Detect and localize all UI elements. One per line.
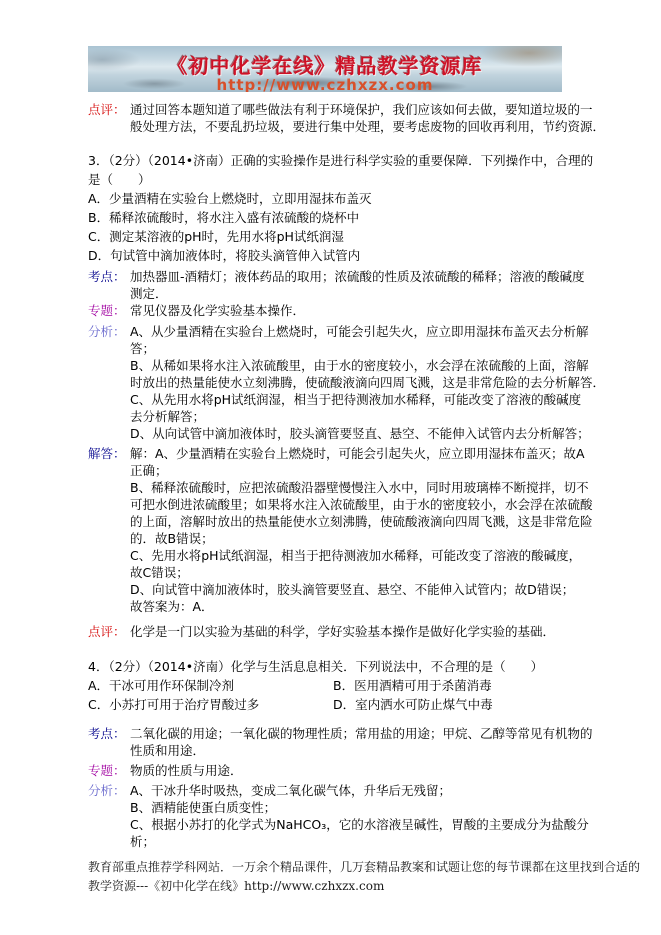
- comment-line: 般处理方法，不要乱扔垃圾，要进行集中处理，要考虑废物的回收再利用，节约资源．: [130, 118, 588, 135]
- question-3: 3．（2分）（2014•济南）正确的实验操作是进行科学实验的重要保障．下列操作中…: [88, 151, 588, 265]
- analysis-line: 答；: [130, 340, 588, 357]
- answer-line: D、向试管中滴加液体时，胶头滴管要竖直、悬空、不能伸入试管内；故D错误；: [130, 581, 588, 598]
- answer-label: 解答：: [88, 445, 130, 615]
- analysis-line: D、从向试管中滴加液体时，胶头滴管要竖直、悬空、不能伸入试管内去分析解答；: [130, 425, 588, 442]
- analysis-label: 分析：: [88, 782, 130, 850]
- site-banner-image: 《初中化学在线》精品教学资源库 http://www.czhxzx.com: [88, 46, 562, 92]
- footer-promo: 教育部重点推荐学科网站．一万余个精品课件，几万套精品教案和试题让您的每节课都在这…: [88, 858, 588, 896]
- analysis-label: 分析：: [88, 323, 130, 442]
- analysis-line: 析；: [130, 833, 588, 850]
- analysis-text: A、从少量酒精在实验台上燃烧时，可能会引起失火，应立即用湿抹布盖灭去分析解 答；…: [130, 323, 588, 442]
- q3-analysis-row: 分析： A、从少量酒精在实验台上燃烧时，可能会引起失火，应立即用湿抹布盖灭去分析…: [88, 323, 588, 442]
- q3-answer-row: 解答： 解：A、少量酒精在实验台上燃烧时，可能会引起失火，应立即用湿抹布盖灭；故…: [88, 445, 588, 615]
- banner-site-url: http://www.czhxzx.com: [88, 76, 562, 92]
- topic-text: 物质的性质与用途．: [130, 762, 588, 779]
- q4-options-row-2: C．小苏打可用于治疗胃酸过多 D．室内洒水可防止煤气中毒: [88, 695, 588, 714]
- comment-text: 化学是一门以实验为基础的科学，学好实验基本操作是做好化学实验的基础．: [130, 623, 588, 640]
- answer-line: C、先用水将pH试纸润湿，相当于把待测液加水稀释，可能改变了溶液的酸碱度，: [130, 547, 588, 564]
- keypoints-label: 考点：: [88, 725, 130, 759]
- q4-options-row-1: A．干冰可用作环保制冷剂 B．医用酒精可用于杀菌消毒: [88, 676, 588, 695]
- comment-label: 点评：: [88, 101, 130, 135]
- q4-analysis-row: 分析： A、干冰升华时吸热，变成二氧化碳气体，升华后无残留； B、酒精能使蛋白质…: [88, 782, 588, 850]
- q3-title-line-2: 是（ ）: [88, 170, 588, 189]
- answer-line: 故C错误；: [130, 564, 588, 581]
- topic-label: 专题：: [88, 302, 130, 319]
- comment-label: 点评：: [88, 623, 130, 640]
- q4-topic-row: 专题： 物质的性质与用途．: [88, 762, 588, 779]
- q4-option-b: B．医用酒精可用于杀菌消毒: [333, 676, 492, 695]
- answer-line: 的．故B错误；: [130, 530, 588, 547]
- keypoints-line: 性质和用途．: [130, 742, 588, 759]
- document-content: 《初中化学在线》精品教学资源库 http://www.czhxzx.com 点评…: [88, 46, 588, 896]
- answer-line: B、稀释浓硫酸时，应把浓硫酸沿器壁慢慢注入水中，同时用玻璃棒不断搅拌，切不: [130, 479, 588, 496]
- q3-option-c: C．测定某溶液的pH时，先用水将pH试纸润湿: [88, 227, 588, 246]
- q3-keypoints-row: 考点： 加热器皿-酒精灯；液体药品的取用；浓硫酸的性质及浓硫酸的稀释；溶液的酸碱…: [88, 268, 588, 302]
- answer-line: 的上面，溶解时放出的热量能使水立刻沸腾，使硫酸液滴向四周飞溅，这是非常危险: [130, 513, 588, 530]
- answer-line: 解：A、少量酒精在实验台上燃烧时，可能会引起失火，应立即用湿抹布盖灭；故A: [130, 445, 588, 462]
- keypoints-line: 测定．: [130, 285, 588, 302]
- topic-label: 专题：: [88, 762, 130, 779]
- q3-topic-row: 专题： 常见仪器及化学实验基本操作．: [88, 302, 588, 319]
- q3-option-d: D．句试管中滴加液体时，将胶头滴管伸入试管内: [88, 246, 588, 265]
- analysis-line: 去分析解答；: [130, 408, 588, 425]
- q3-title-line-1: 3．（2分）（2014•济南）正确的实验操作是进行科学实验的重要保障．下列操作中…: [88, 151, 588, 170]
- q3-option-a: A．少量酒精在实验台上燃烧时，立即用湿抹布盖灭: [88, 189, 588, 208]
- q3-comment-row: 点评： 化学是一门以实验为基础的科学，学好实验基本操作是做好化学实验的基础．: [88, 623, 588, 640]
- keypoints-line: 加热器皿-酒精灯；液体药品的取用；浓硫酸的性质及浓硫酸的稀释；溶液的酸碱度: [130, 268, 588, 285]
- question-4: 4．（2分）（2014•济南）化学与生活息息相关．下列说法中，不合理的是（ ） …: [88, 657, 588, 714]
- analysis-line: A、干冰升华时吸热，变成二氧化碳气体，升华后无残留；: [130, 782, 588, 799]
- document-page: 《初中化学在线》精品教学资源库 http://www.czhxzx.com 点评…: [0, 0, 661, 935]
- topic-text: 常见仪器及化学实验基本操作．: [130, 302, 588, 319]
- keypoints-text: 二氧化碳的用途；一氧化碳的物理性质；常用盐的用途；甲烷、乙醇等常见有机物的 性质…: [130, 725, 588, 759]
- topic-line: 物质的性质与用途．: [130, 762, 588, 779]
- q4-title: 4．（2分）（2014•济南）化学与生活息息相关．下列说法中，不合理的是（ ）: [88, 657, 588, 676]
- analysis-text: A、干冰升华时吸热，变成二氧化碳气体，升华后无残留； B、酒精能使蛋白质变性； …: [130, 782, 588, 850]
- analysis-line: 时放出的热量能使水立刻沸腾，使硫酸液滴向四周飞溅，这是非常危险的去分析解答．: [130, 374, 588, 391]
- analysis-line: B、从稀如果将水注入浓硫酸里，由于水的密度较小，水会浮在浓硫酸的上面，溶解: [130, 357, 588, 374]
- analysis-line: C、根据小苏打的化学式为NaHCO₃，它的水溶液呈碱性，胃酸的主要成分为盐酸分: [130, 816, 588, 833]
- q3-option-b: B．稀释浓硫酸时，将水注入盛有浓硫酸的烧杯中: [88, 208, 588, 227]
- q2-comment-row: 点评： 通过回答本题知道了哪些做法有利于环境保护，我们应该如何去做，要知道垃圾的…: [88, 101, 588, 135]
- q4-option-d: D．室内洒水可防止煤气中毒: [333, 695, 493, 714]
- banner-site-title: 《初中化学在线》精品教学资源库: [88, 50, 562, 79]
- answer-line: 故答案为：A．: [130, 598, 588, 615]
- answer-line: 正确；: [130, 462, 588, 479]
- comment-line: 化学是一门以实验为基础的科学，学好实验基本操作是做好化学实验的基础．: [130, 623, 588, 640]
- analysis-line: B、酒精能使蛋白质变性；: [130, 799, 588, 816]
- keypoints-label: 考点：: [88, 268, 130, 302]
- answer-line: 可把水倒进浓硫酸里；如果将水注入浓硫酸里，由于水的密度较小，水会浮在浓硫酸: [130, 496, 588, 513]
- footer-line-2: 教学资源---《初中化学在线》http://www.czhxzx.com: [88, 877, 588, 896]
- keypoints-text: 加热器皿-酒精灯；液体药品的取用；浓硫酸的性质及浓硫酸的稀释；溶液的酸碱度 测定…: [130, 268, 588, 302]
- q4-option-c: C．小苏打可用于治疗胃酸过多: [88, 695, 333, 714]
- answer-text: 解：A、少量酒精在实验台上燃烧时，可能会引起失火，应立即用湿抹布盖灭；故A 正确…: [130, 445, 588, 615]
- footer-line-1: 教育部重点推荐学科网站．一万余个精品课件，几万套精品教案和试题让您的每节课都在这…: [88, 858, 588, 877]
- keypoints-line: 二氧化碳的用途；一氧化碳的物理性质；常用盐的用途；甲烷、乙醇等常见有机物的: [130, 725, 588, 742]
- comment-line: 通过回答本题知道了哪些做法有利于环境保护，我们应该如何去做，要知道垃圾的一: [130, 101, 588, 118]
- q4-option-a: A．干冰可用作环保制冷剂: [88, 676, 333, 695]
- analysis-line: C、从先用水将pH试纸润湿，相当于把待测液加水稀释，可能改变了溶液的酸碱度: [130, 391, 588, 408]
- topic-line: 常见仪器及化学实验基本操作．: [130, 302, 588, 319]
- q4-keypoints-row: 考点： 二氧化碳的用途；一氧化碳的物理性质；常用盐的用途；甲烷、乙醇等常见有机物…: [88, 725, 588, 759]
- analysis-line: A、从少量酒精在实验台上燃烧时，可能会引起失火，应立即用湿抹布盖灭去分析解: [130, 323, 588, 340]
- comment-text: 通过回答本题知道了哪些做法有利于环境保护，我们应该如何去做，要知道垃圾的一 般处…: [130, 101, 588, 135]
